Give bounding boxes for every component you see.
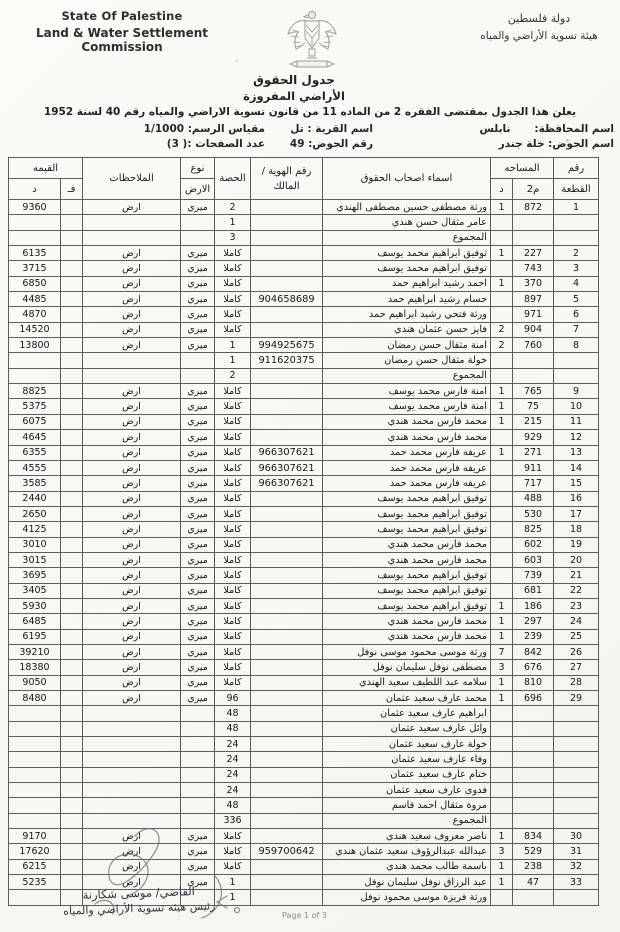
cell-notes: ارض bbox=[83, 476, 181, 491]
cell-value-fils bbox=[61, 230, 83, 245]
cell-area-m2 bbox=[513, 706, 554, 721]
cell-owner-name: احمد رشيد ابراهيم حمد bbox=[323, 276, 491, 291]
cell-share: 3 bbox=[215, 230, 251, 245]
cell-owner-name: محمد فارس محمد هندي bbox=[323, 537, 491, 552]
cell-area-m2: 75 bbox=[513, 399, 554, 414]
cell-land-type: ميري bbox=[181, 414, 215, 429]
cell-notes: ارض bbox=[83, 384, 181, 399]
cell-value-fils bbox=[61, 399, 83, 414]
header-area-dunum: د bbox=[491, 179, 513, 200]
cell-area-dunum: 3 bbox=[491, 844, 513, 859]
cell-notes bbox=[83, 353, 181, 368]
cell-value-dinar: 17620 bbox=[9, 844, 61, 859]
cell-value-dinar: 9050 bbox=[9, 675, 61, 690]
cell-owner-id bbox=[251, 384, 323, 399]
cell-value-fils bbox=[61, 353, 83, 368]
table-row: 24 ختام عارف سعيد عثمان bbox=[9, 767, 599, 782]
meta-scale-block: مقياس الرسم: 1/1000 عدد الصفحات :( 3) bbox=[155, 123, 265, 153]
table-row: 6215 ارض ميري كاملا باسمة طالب محمد هندي… bbox=[9, 859, 599, 874]
document-title: جدول الحقوق bbox=[0, 73, 588, 87]
cell-value-fils bbox=[61, 292, 83, 307]
cell-share: 336 bbox=[215, 813, 251, 828]
cell-land-type: ميري bbox=[181, 292, 215, 307]
cell-notes bbox=[83, 798, 181, 813]
cell-parcel-number: 20 bbox=[554, 552, 599, 567]
cell-value-dinar bbox=[9, 215, 61, 230]
cell-notes: ارض bbox=[83, 506, 181, 521]
cell-land-type: ميري bbox=[181, 399, 215, 414]
cell-value-fils bbox=[61, 614, 83, 629]
table-row: 5930 ارض ميري كاملا توفيق ابراهيم محمد ي… bbox=[9, 598, 599, 613]
cell-area-dunum: 1 bbox=[491, 829, 513, 844]
cell-value-fils bbox=[61, 460, 83, 475]
cell-value-dinar bbox=[9, 798, 61, 813]
cell-area-m2: 530 bbox=[513, 506, 554, 521]
basin-number: رقم الحوض: 49 bbox=[283, 138, 373, 153]
cell-land-type: ميري bbox=[181, 568, 215, 583]
cell-notes: ارض bbox=[83, 261, 181, 276]
table-row: 1 911620375 خولة مثقال حسن رمضان bbox=[9, 353, 599, 368]
cell-area-m2: 238 bbox=[513, 859, 554, 874]
header-land-type-bottom: الارض bbox=[181, 179, 215, 200]
cell-share: كاملا bbox=[215, 384, 251, 399]
palestine-eagle-emblem-icon bbox=[283, 6, 341, 72]
table-row: 336 المجموع bbox=[9, 813, 599, 828]
cell-area-m2: 717 bbox=[513, 476, 554, 491]
cell-area-dunum bbox=[491, 737, 513, 752]
cell-value-dinar bbox=[9, 368, 61, 383]
cell-parcel-number bbox=[554, 230, 599, 245]
cell-parcel-number bbox=[554, 798, 599, 813]
cell-parcel-number: 26 bbox=[554, 644, 599, 659]
basin-name: اسم الحوض: خلة جندر bbox=[472, 138, 614, 153]
cell-area-dunum: 1 bbox=[491, 598, 513, 613]
cell-share: كاملا bbox=[215, 491, 251, 506]
cell-area-dunum bbox=[491, 752, 513, 767]
cell-notes: ارض bbox=[83, 246, 181, 261]
cell-land-type: ميري bbox=[181, 246, 215, 261]
cell-share: كاملا bbox=[215, 614, 251, 629]
cell-notes bbox=[83, 368, 181, 383]
cell-owner-name: توفيق ابراهيم محمد يوسف bbox=[323, 261, 491, 276]
cell-owner-name: ختام عارف سعيد عثمان bbox=[323, 767, 491, 782]
cell-value-dinar bbox=[9, 813, 61, 828]
table-row: 4870 ارض ميري كاملا ورثة فتحي رشيد ابراه… bbox=[9, 307, 599, 322]
cell-share: 24 bbox=[215, 767, 251, 782]
cell-area-dunum: 7 bbox=[491, 644, 513, 659]
cell-share: 2 bbox=[215, 368, 251, 383]
cell-area-dunum: 1 bbox=[491, 200, 513, 215]
cell-owner-id bbox=[251, 829, 323, 844]
table-row: 9360 ارض ميري 2 ورثة مصطفى حسين مصطفى ال… bbox=[9, 200, 599, 215]
cell-owner-name: توفيق ابراهيم محمد يوسف bbox=[323, 506, 491, 521]
cell-value-fils bbox=[61, 307, 83, 322]
cell-land-type: ميري bbox=[181, 322, 215, 337]
scan-speck bbox=[236, 60, 238, 62]
cell-area-m2 bbox=[513, 215, 554, 230]
cell-notes: ارض bbox=[83, 583, 181, 598]
cell-notes: ارض bbox=[83, 844, 181, 859]
cell-area-dunum bbox=[491, 552, 513, 567]
cell-land-type bbox=[181, 813, 215, 828]
cell-area-m2: 929 bbox=[513, 430, 554, 445]
cell-value-fils bbox=[61, 476, 83, 491]
cell-value-fils bbox=[61, 522, 83, 537]
meta-governorate-block: اسم المحافظة:نابلس اسم الحوض: خلة جندر bbox=[472, 123, 614, 153]
cell-area-m2 bbox=[513, 783, 554, 798]
cell-parcel-number: 1 bbox=[554, 200, 599, 215]
cell-parcel-number: 28 bbox=[554, 675, 599, 690]
cell-value-dinar: 39210 bbox=[9, 644, 61, 659]
cell-share: كاملا bbox=[215, 568, 251, 583]
cell-value-fils bbox=[61, 798, 83, 813]
cell-area-m2: 47 bbox=[513, 875, 554, 890]
cell-parcel-number: 15 bbox=[554, 476, 599, 491]
cell-parcel-number: 12 bbox=[554, 430, 599, 445]
table-row: 9050 ارض ميري كاملا سلامه عبد اللطيف سعي… bbox=[9, 675, 599, 690]
cell-area-m2: 739 bbox=[513, 568, 554, 583]
cell-area-dunum bbox=[491, 261, 513, 276]
cell-value-fils bbox=[61, 583, 83, 598]
cell-area-dunum bbox=[491, 798, 513, 813]
cell-area-m2: 186 bbox=[513, 598, 554, 613]
cell-land-type: ميري bbox=[181, 276, 215, 291]
cell-land-type: ميري bbox=[181, 460, 215, 475]
cell-owner-name: توفيق ابراهيم محمد يوسف bbox=[323, 522, 491, 537]
cell-notes: ارض bbox=[83, 491, 181, 506]
cell-area-m2: 297 bbox=[513, 614, 554, 629]
cell-share: 48 bbox=[215, 721, 251, 736]
table-row: 3015 ارض ميري كاملا محمد فارس محمد هندي … bbox=[9, 552, 599, 567]
table-row: 17620 ارض ميري كاملا 959700642 عبدالله ع… bbox=[9, 844, 599, 859]
cell-share: 48 bbox=[215, 798, 251, 813]
cell-parcel-number bbox=[554, 890, 599, 905]
rights-table-header: القيمه الملاحظات نوع الحصة رقم الهوية / … bbox=[9, 158, 599, 200]
cell-area-dunum bbox=[491, 522, 513, 537]
table-row: 6075 ارض ميري كاملا محمد فارس محمد هندي … bbox=[9, 414, 599, 429]
cell-value-fils bbox=[61, 338, 83, 353]
cell-area-m2 bbox=[513, 767, 554, 782]
cell-share: كاملا bbox=[215, 506, 251, 521]
cell-owner-name: امنة مثقال حسن رمضان bbox=[323, 338, 491, 353]
cell-value-dinar: 4870 bbox=[9, 307, 61, 322]
cell-owner-id bbox=[251, 691, 323, 706]
cell-owner-id: 904658689 bbox=[251, 292, 323, 307]
cell-owner-id bbox=[251, 522, 323, 537]
cell-share: كاملا bbox=[215, 246, 251, 261]
cell-value-dinar: 6485 bbox=[9, 614, 61, 629]
cell-area-dunum: 1 bbox=[491, 246, 513, 261]
cell-owner-name: ورثة فتحي رشيد ابراهيم حمد bbox=[323, 307, 491, 322]
cell-owner-id bbox=[251, 783, 323, 798]
cell-owner-name: خولة مثقال حسن رمضان bbox=[323, 353, 491, 368]
cell-parcel-number bbox=[554, 706, 599, 721]
cell-land-type: ميري bbox=[181, 644, 215, 659]
cell-owner-id bbox=[251, 246, 323, 261]
cell-owner-id bbox=[251, 737, 323, 752]
cell-area-dunum: 3 bbox=[491, 660, 513, 675]
cell-owner-id bbox=[251, 215, 323, 230]
cell-owner-id bbox=[251, 675, 323, 690]
cell-value-fils bbox=[61, 414, 83, 429]
letterhead-english: State Of Palestine Land & Water Settleme… bbox=[4, 9, 240, 54]
cell-land-type: ميري bbox=[181, 552, 215, 567]
cell-area-m2: 215 bbox=[513, 414, 554, 429]
cell-area-dunum bbox=[491, 460, 513, 475]
cell-parcel-number: 24 bbox=[554, 614, 599, 629]
cell-parcel-number: 29 bbox=[554, 691, 599, 706]
table-row: 8825 ارض ميري كاملا امنة فارس محمد يوسف … bbox=[9, 384, 599, 399]
cell-owner-name: ورثة فريزة موسى محمود نوفل bbox=[323, 890, 491, 905]
cell-owner-id bbox=[251, 859, 323, 874]
cell-notes: ارض bbox=[83, 445, 181, 460]
cell-area-m2: 834 bbox=[513, 829, 554, 844]
cell-share: 1 bbox=[215, 338, 251, 353]
cell-owner-id bbox=[251, 890, 323, 905]
cell-owner-id bbox=[251, 430, 323, 445]
cell-area-dunum: 1 bbox=[491, 675, 513, 690]
scan-speck bbox=[566, 139, 569, 142]
table-row: 3 المجموع bbox=[9, 230, 599, 245]
state-name-en: State Of Palestine bbox=[4, 9, 240, 23]
cell-area-dunum: 1 bbox=[491, 859, 513, 874]
cell-land-type: ميري bbox=[181, 522, 215, 537]
cell-parcel-number: 23 bbox=[554, 598, 599, 613]
cell-land-type bbox=[181, 752, 215, 767]
table-row: 4485 ارض ميري كاملا 904658689 حسام رشيد … bbox=[9, 292, 599, 307]
cell-owner-id bbox=[251, 537, 323, 552]
cell-value-fils bbox=[61, 430, 83, 445]
cell-value-dinar: 4485 bbox=[9, 292, 61, 307]
cell-parcel-number bbox=[554, 767, 599, 782]
cell-value-dinar: 18380 bbox=[9, 660, 61, 675]
cell-share: كاملا bbox=[215, 307, 251, 322]
map-scale: مقياس الرسم: 1/1000 bbox=[155, 123, 265, 138]
cell-area-dunum bbox=[491, 583, 513, 598]
cell-parcel-number: 19 bbox=[554, 537, 599, 552]
cell-value-dinar: 5930 bbox=[9, 598, 61, 613]
cell-area-m2: 239 bbox=[513, 629, 554, 644]
cell-owner-id bbox=[251, 706, 323, 721]
cell-notes: ارض bbox=[83, 644, 181, 659]
cell-value-dinar: 3405 bbox=[9, 583, 61, 598]
cell-share: كاملا bbox=[215, 644, 251, 659]
cell-area-m2: 271 bbox=[513, 445, 554, 460]
cell-owner-id bbox=[251, 276, 323, 291]
header-land-type-top: نوع bbox=[181, 158, 215, 179]
cell-owner-name: وفاء عارف سعيد عثمان bbox=[323, 752, 491, 767]
cell-value-dinar: 2650 bbox=[9, 506, 61, 521]
cell-area-dunum: 1 bbox=[491, 445, 513, 460]
cell-owner-id bbox=[251, 368, 323, 383]
cell-area-m2 bbox=[513, 813, 554, 828]
table-row: 18380 ارض ميري كاملا مصطفى نوفل سليمان ن… bbox=[9, 660, 599, 675]
table-row: 3715 ارض ميري كاملا توفيق ابراهيم محمد ي… bbox=[9, 261, 599, 276]
table-row: 3695 ارض ميري كاملا توفيق ابراهيم محمد ي… bbox=[9, 568, 599, 583]
cell-owner-name: وائل عارف سعيد عثمان bbox=[323, 721, 491, 736]
cell-area-m2: 911 bbox=[513, 460, 554, 475]
header-owner-names: اسماء اصحاب الحقوق bbox=[323, 158, 491, 200]
cell-notes: ارض bbox=[83, 430, 181, 445]
cell-land-type: ميري bbox=[181, 583, 215, 598]
cell-value-fils bbox=[61, 215, 83, 230]
cell-value-dinar bbox=[9, 737, 61, 752]
cell-land-type bbox=[181, 368, 215, 383]
cell-notes: ارض bbox=[83, 598, 181, 613]
cell-owner-id bbox=[251, 506, 323, 521]
cell-share: كاملا bbox=[215, 598, 251, 613]
cell-value-fils bbox=[61, 368, 83, 383]
cell-owner-name: حسام رشيد ابراهيم حمد bbox=[323, 292, 491, 307]
cell-area-m2 bbox=[513, 721, 554, 736]
cell-owner-name: ورثة موسى محمود موسى نوفل bbox=[323, 644, 491, 659]
cell-share: كاملا bbox=[215, 476, 251, 491]
cell-owner-name: محمد فارس محمد هندي bbox=[323, 430, 491, 445]
cell-share: كاملا bbox=[215, 675, 251, 690]
commission-name-en: Land & Water Settlement Commission bbox=[4, 26, 240, 54]
letterhead-arabic: دولة فلسطين هيئة تسوية الأراضي والمياه bbox=[464, 12, 614, 42]
rights-table-body: 9360 ارض ميري 2 ورثة مصطفى حسين مصطفى ال… bbox=[9, 200, 599, 906]
cell-share: كاملا bbox=[215, 276, 251, 291]
cell-parcel-number: 27 bbox=[554, 660, 599, 675]
document-subtitle: الأراضي المفروزة bbox=[0, 89, 588, 103]
table-row: 3585 ارض ميري كاملا 966307621 عريفه فارس… bbox=[9, 476, 599, 491]
cell-owner-name: خولة عارف سعيد عثمان bbox=[323, 737, 491, 752]
table-row: 13800 ارض ميري 1 994925675 امنة مثقال حس… bbox=[9, 338, 599, 353]
cell-share: كاملا bbox=[215, 261, 251, 276]
cell-share: كاملا bbox=[215, 537, 251, 552]
cell-value-dinar: 4125 bbox=[9, 522, 61, 537]
cell-parcel-number: 8 bbox=[554, 338, 599, 353]
cell-owner-id bbox=[251, 568, 323, 583]
cell-parcel-number: 6 bbox=[554, 307, 599, 322]
cell-value-dinar bbox=[9, 783, 61, 798]
cell-notes bbox=[83, 767, 181, 782]
cell-parcel-number: 17 bbox=[554, 506, 599, 521]
cell-area-m2: 602 bbox=[513, 537, 554, 552]
cell-parcel-number bbox=[554, 353, 599, 368]
cell-parcel-number: 32 bbox=[554, 859, 599, 874]
cell-area-m2: 825 bbox=[513, 522, 554, 537]
cell-parcel-number: 3 bbox=[554, 261, 599, 276]
cell-area-m2: 760 bbox=[513, 338, 554, 353]
cell-owner-name: توفيق ابراهيم محمد يوسف bbox=[323, 568, 491, 583]
cell-parcel-number: 14 bbox=[554, 460, 599, 475]
cell-share: كاملا bbox=[215, 322, 251, 337]
table-row: 4555 ارض ميري كاملا 966307621 عريفه فارس… bbox=[9, 460, 599, 475]
cell-notes: ارض bbox=[83, 859, 181, 874]
cell-value-dinar: 3015 bbox=[9, 552, 61, 567]
cell-area-m2: 696 bbox=[513, 691, 554, 706]
cell-land-type bbox=[181, 706, 215, 721]
cell-share: 24 bbox=[215, 737, 251, 752]
cell-owner-name: فايز حسن عثمان هندي bbox=[323, 322, 491, 337]
cell-value-fils bbox=[61, 445, 83, 460]
cell-owner-id bbox=[251, 767, 323, 782]
cell-area-dunum bbox=[491, 506, 513, 521]
cell-land-type: ميري bbox=[181, 476, 215, 491]
scanned-document-page: State Of Palestine Land & Water Settleme… bbox=[0, 0, 620, 932]
cell-value-fils bbox=[61, 537, 83, 552]
cell-value-fils bbox=[61, 844, 83, 859]
cell-land-type: ميري bbox=[181, 675, 215, 690]
cell-owner-name: امنة فارس محمد يوسف bbox=[323, 399, 491, 414]
cell-value-fils bbox=[61, 629, 83, 644]
cell-notes: ارض bbox=[83, 399, 181, 414]
cell-notes bbox=[83, 215, 181, 230]
cell-value-fils bbox=[61, 752, 83, 767]
cell-land-type bbox=[181, 798, 215, 813]
cell-land-type: ميري bbox=[181, 859, 215, 874]
cell-value-fils bbox=[61, 491, 83, 506]
cell-notes bbox=[83, 721, 181, 736]
page-number: Page 1 of 3 bbox=[282, 911, 327, 920]
cell-notes: ارض bbox=[83, 307, 181, 322]
cell-owner-name: محمد فارس محمد هندي bbox=[323, 552, 491, 567]
commission-name-ar: هيئة تسوية الأراضي والمياه bbox=[464, 30, 614, 42]
cell-share: 24 bbox=[215, 752, 251, 767]
cell-area-m2: 529 bbox=[513, 844, 554, 859]
cell-notes: ارض bbox=[83, 568, 181, 583]
cell-land-type: ميري bbox=[181, 338, 215, 353]
cell-parcel-number: 13 bbox=[554, 445, 599, 460]
cell-parcel-number: 21 bbox=[554, 568, 599, 583]
cell-share: كاملا bbox=[215, 660, 251, 675]
cell-value-dinar: 4555 bbox=[9, 460, 61, 475]
table-row: 8480 ارض ميري 96 محمد عارف سعيد عثمان 1 … bbox=[9, 691, 599, 706]
table-row: 39210 ارض ميري كاملا ورثة موسى محمود موس… bbox=[9, 644, 599, 659]
cell-parcel-number bbox=[554, 737, 599, 752]
cell-area-dunum bbox=[491, 230, 513, 245]
cell-parcel-number: 11 bbox=[554, 414, 599, 429]
cell-area-m2 bbox=[513, 368, 554, 383]
table-row: 2440 ارض ميري كاملا توفيق ابراهيم محمد ي… bbox=[9, 491, 599, 506]
table-row: 2650 ارض ميري كاملا توفيق ابراهيم محمد ي… bbox=[9, 506, 599, 521]
cell-value-dinar: 8480 bbox=[9, 691, 61, 706]
table-row: 4645 ارض ميري كاملا محمد فارس محمد هندي … bbox=[9, 430, 599, 445]
cell-value-fils bbox=[61, 384, 83, 399]
cell-value-fils bbox=[61, 706, 83, 721]
cell-value-fils bbox=[61, 246, 83, 261]
cell-land-type: ميري bbox=[181, 506, 215, 521]
header-value-fils: فـ bbox=[61, 179, 83, 200]
table-row: 24 وفاء عارف سعيد عثمان bbox=[9, 752, 599, 767]
cell-value-dinar: 3010 bbox=[9, 537, 61, 552]
cell-area-dunum: 1 bbox=[491, 276, 513, 291]
cell-notes: ارض bbox=[83, 660, 181, 675]
cell-parcel-number bbox=[554, 721, 599, 736]
cell-value-dinar bbox=[9, 752, 61, 767]
cell-value-fils bbox=[61, 721, 83, 736]
cell-value-fils bbox=[61, 644, 83, 659]
cell-parcel-number: 18 bbox=[554, 522, 599, 537]
cell-area-m2: 897 bbox=[513, 292, 554, 307]
header-parcel-top: رقم bbox=[554, 158, 599, 179]
cell-parcel-number: 33 bbox=[554, 875, 599, 890]
cell-owner-id bbox=[251, 200, 323, 215]
table-row: 24 خولة عارف سعيد عثمان bbox=[9, 737, 599, 752]
cell-share: كاملا bbox=[215, 460, 251, 475]
cell-value-dinar: 5375 bbox=[9, 399, 61, 414]
cell-parcel-number: 4 bbox=[554, 276, 599, 291]
signature-block: القاضي/ موسى شكارنة رئيس هيئة تسوية الأر… bbox=[44, 883, 235, 919]
cell-owner-id: 966307621 bbox=[251, 476, 323, 491]
cell-land-type: ميري bbox=[181, 491, 215, 506]
cell-area-dunum bbox=[491, 430, 513, 445]
cell-notes: ارض bbox=[83, 414, 181, 429]
cell-notes: ارض bbox=[83, 322, 181, 337]
cell-owner-name: فدوى عارف سعيد عثمان bbox=[323, 783, 491, 798]
